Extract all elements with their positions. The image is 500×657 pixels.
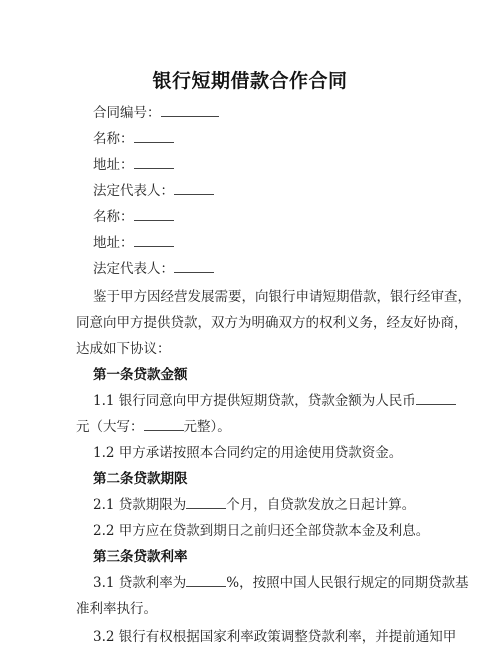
field-party-b-address: 地址： [93, 234, 174, 252]
clause-1-1: 1.1 银行同意向甲方提供短期贷款，贷款金额为人民币 [93, 392, 456, 410]
field-label: 地址： [93, 235, 134, 251]
clause-3-1-cont: 准利率执行。 [76, 600, 157, 618]
clause-text: 3.1 贷款利率为 [93, 575, 186, 591]
fill-blank[interactable] [134, 208, 174, 221]
field-party-b-representative: 法定代表人： [93, 260, 214, 278]
field-label: 名称： [93, 209, 134, 225]
fill-blank-amount[interactable] [416, 392, 456, 405]
fill-blank[interactable] [161, 104, 219, 117]
field-party-b-name: 名称： [93, 208, 174, 226]
preamble-line: 同意向甲方提供贷款，双方为明确双方的权利义务，经友好协商， [76, 314, 468, 332]
fill-blank[interactable] [174, 260, 214, 273]
preamble-line: 达成如下协议： [76, 340, 171, 358]
fill-blank-rate[interactable] [186, 574, 226, 587]
section-heading: 第一条贷款金额 [93, 366, 188, 384]
document-title: 银行短期借款合作合同 [0, 66, 500, 93]
fill-blank-months[interactable] [186, 496, 226, 509]
preamble-line: 鉴于甲方因经营发展需要，向银行申请短期借款，银行经审查， [93, 288, 471, 306]
clause-3-2: 3.2 银行有权根据国家利率政策调整贷款利率，并提前通知甲 [93, 628, 456, 646]
field-party-a-name: 名称： [93, 130, 174, 148]
field-party-a-address: 地址： [93, 156, 174, 174]
field-party-a-representative: 法定代表人： [93, 182, 214, 200]
clause-text: 元（大写： [76, 419, 144, 435]
clause-text: 1.1 银行同意向甲方提供短期贷款，贷款金额为人民币 [93, 393, 416, 409]
clause-text: %，按照中国人民银行规定的同期贷款基 [226, 575, 468, 591]
field-label: 地址： [93, 157, 134, 173]
fill-blank[interactable] [134, 130, 174, 143]
clause-text: 2.1 贷款期限为 [93, 497, 186, 513]
clause-3-1: 3.1 贷款利率为%，按照中国人民银行规定的同期贷款基 [93, 574, 469, 592]
fill-blank-amount-words[interactable] [144, 418, 184, 431]
clause-2-1: 2.1 贷款期限为个月，自贷款发放之日起计算。 [93, 496, 415, 514]
clause-2-2: 2.2 甲方应在贷款到期日之前归还全部贷款本金及利息。 [93, 522, 429, 540]
field-label: 合同编号： [93, 105, 161, 121]
fill-blank[interactable] [134, 156, 174, 169]
field-label: 法定代表人： [93, 261, 174, 277]
clause-text: 元整）。 [184, 419, 231, 435]
fill-blank[interactable] [174, 182, 214, 195]
clause-1-1-cont: 元（大写：元整）。 [76, 418, 231, 436]
section-heading: 第二条贷款期限 [93, 470, 188, 488]
section-heading: 第三条贷款利率 [93, 548, 188, 566]
clause-text: 个月，自贷款发放之日起计算。 [226, 497, 415, 513]
field-label: 法定代表人： [93, 183, 174, 199]
field-contract-number: 合同编号： [93, 104, 219, 122]
field-label: 名称： [93, 131, 134, 147]
fill-blank[interactable] [134, 234, 174, 247]
clause-1-2: 1.2 甲方承诺按照本合同约定的用途使用贷款资金。 [93, 444, 402, 462]
